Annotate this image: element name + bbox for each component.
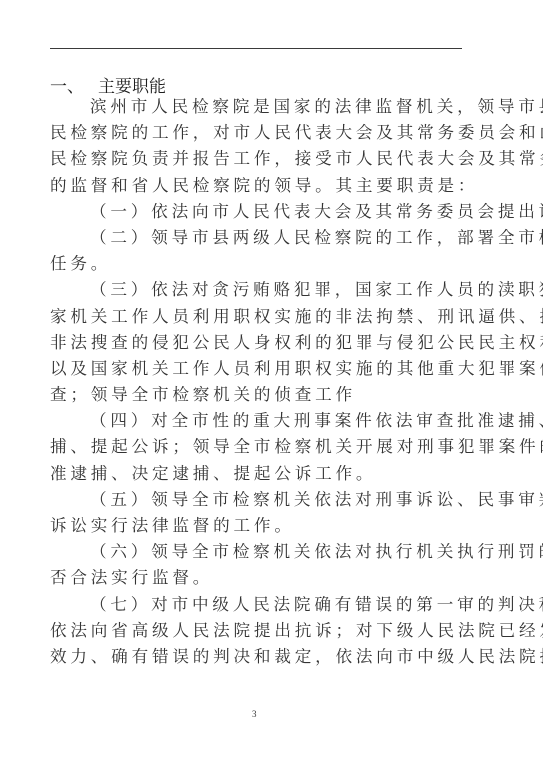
text-line: 任务。 [50, 251, 462, 277]
text-line: 准逮捕、决定逮捕、提起公诉工作。 [50, 461, 462, 487]
text-line: 捕、提起公诉；领导全市检察机关开展对刑事犯罪案件的审查批 [50, 434, 462, 460]
text-line: （二）领导市县两级人民检察院的工作，部署全市检察工作 [50, 225, 462, 251]
text-line: 民检察院的工作，对市人民代表大会及其常务委员会和山东省人 [50, 120, 462, 146]
text-line: 非法搜查的侵犯公民人身权利的犯罪与侵犯公民民主权利的犯罪 [50, 330, 462, 356]
text-line: 以及国家机关工作人员利用职权实施的其他重大犯罪案件进行侦 [50, 356, 462, 382]
text-line: 民检察院负责并报告工作，接受市人民代表大会及其常务委员会 [50, 146, 462, 172]
text-line: （四）对全市性的重大刑事案件依法审查批准逮捕、决定逮 [50, 408, 462, 434]
text-line: 滨州市人民检察院是国家的法律监督机关，领导市县两级人 [50, 94, 462, 120]
text-line: （六）领导全市检察机关依法对执行机关执行刑罚的活动是 [50, 539, 462, 565]
text-line: 诉讼实行法律监督的工作。 [50, 513, 462, 539]
header-rule [50, 48, 462, 49]
text-line: 家机关工作人员利用职权实施的非法拘禁、刑讯逼供、报复陷害、 [50, 304, 462, 330]
text-line: 查；领导全市检察机关的侦查工作 [50, 382, 462, 408]
text-line: 否合法实行监督。 [50, 565, 462, 591]
text-line: （一）依法向市人民代表大会及其常务委员会提出议案 [50, 199, 462, 225]
text-line: （七）对市中级人民法院确有错误的第一审的判决和裁定， [50, 592, 462, 618]
text-line: 效力、确有错误的判决和裁定，依法向市中级人民法院提出抗诉。 [50, 644, 462, 670]
text-line: （三）依法对贪污贿赂犯罪，国家工作人员的渎职犯罪，国 [50, 277, 462, 303]
text-line: 的监督和省人民检察院的领导。其主要职责是： [50, 173, 462, 199]
text-line: 依法向省高级人民法院提出抗诉；对下级人民法院已经发生法律 [50, 618, 462, 644]
text-line: （五）领导全市检察机关依法对刑事诉讼、民事审判和行政 [50, 487, 462, 513]
document-body: 滨州市人民检察院是国家的法律监督机关，领导市县两级人 民检察院的工作，对市人民代… [50, 94, 462, 670]
page-number: 3 [252, 709, 257, 719]
